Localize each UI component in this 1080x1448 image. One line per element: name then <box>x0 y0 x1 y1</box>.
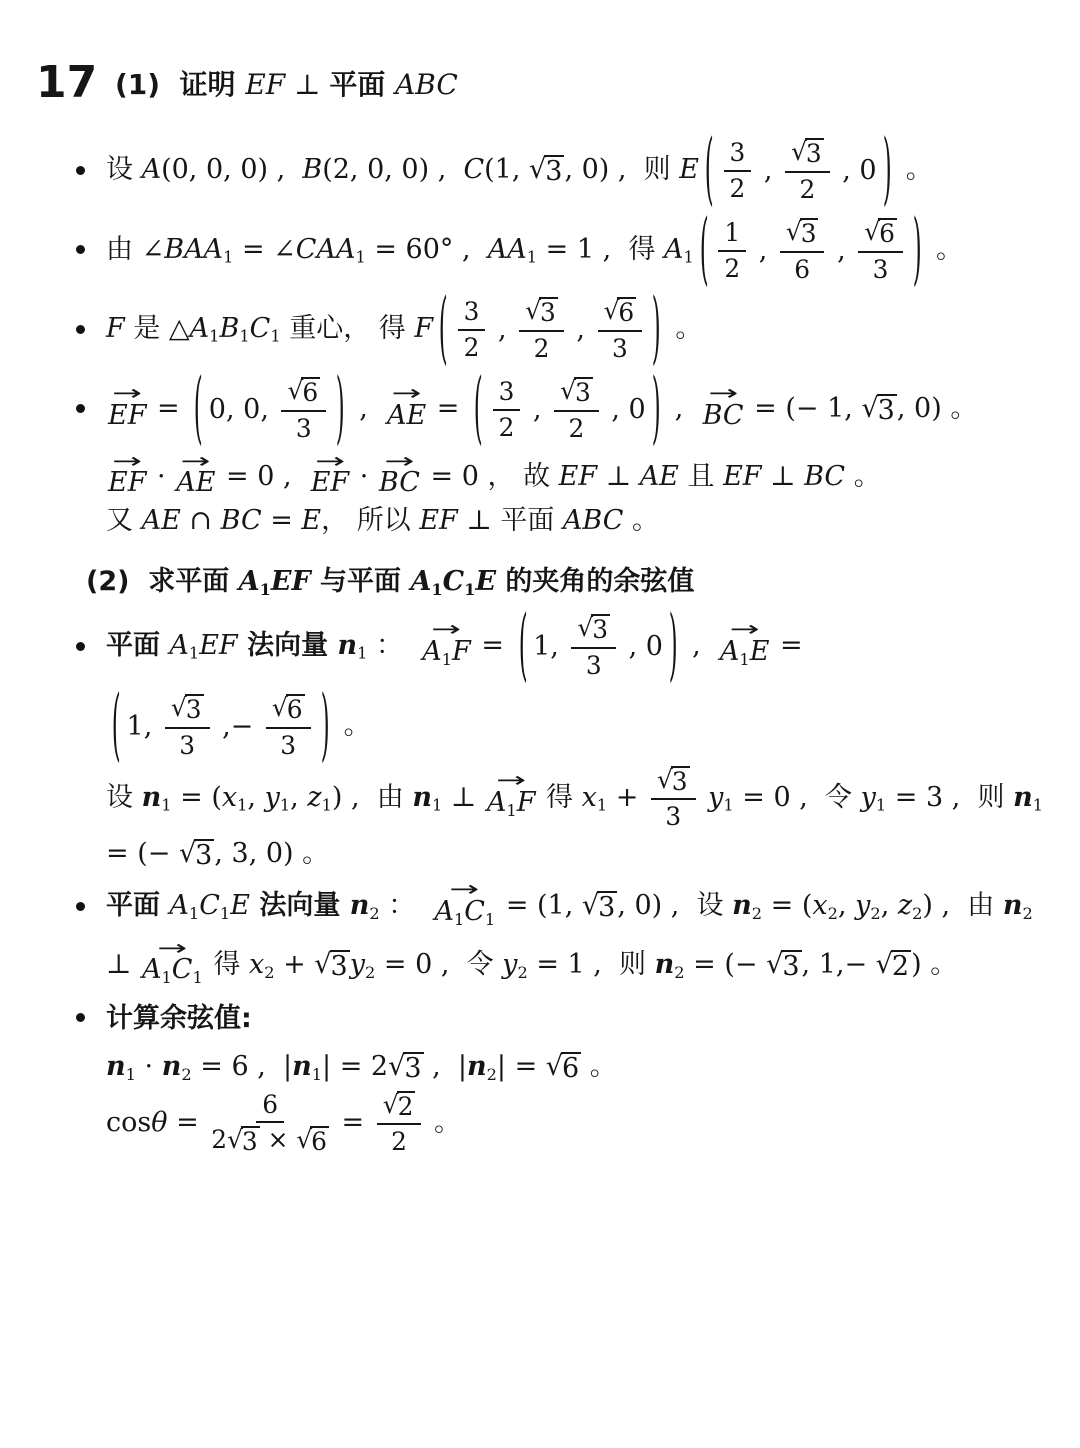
fraction-denominator: 3 <box>586 649 602 680</box>
sqrt-expression: √3 <box>560 377 593 407</box>
text-run: = ( <box>172 781 222 812</box>
text-run: 与平面 <box>311 566 411 597</box>
text-run: 设 <box>106 781 142 812</box>
text-run: 3 <box>575 378 591 407</box>
open-paren-icon: ( <box>110 687 122 765</box>
math-fraction: 62√3 × √6 <box>211 1090 329 1157</box>
open-paren-icon: ( <box>192 370 204 448</box>
paren-content: 32 , √32 , 0 <box>486 376 649 443</box>
text-run: 。 <box>667 313 703 344</box>
text-run: 6 <box>562 1053 579 1084</box>
vector-notation: →A1F <box>487 775 536 820</box>
text-run: y <box>502 949 517 980</box>
text-run: 1 <box>442 650 452 669</box>
text-run: 3 <box>873 255 889 284</box>
fraction-numerator: √6 <box>598 296 643 332</box>
sqrt-expression: √3 <box>577 614 610 644</box>
text-run: ,− <box>214 709 262 744</box>
bullet-dot-icon <box>76 902 85 911</box>
text-run: , <box>828 233 854 268</box>
sqrt-expression: √3 <box>388 1052 423 1084</box>
text-run: 3 <box>806 139 822 168</box>
math-fraction: 32 <box>458 297 486 362</box>
text-run: 3 <box>665 802 681 831</box>
sqrt-expression: √3 <box>227 1126 260 1156</box>
text-run: 3 <box>499 377 515 406</box>
vector-notation: →BC <box>703 388 744 431</box>
text-run: 1 <box>739 650 749 669</box>
vector-arrow-icon: → <box>413 884 516 896</box>
sqrt-radicand: 3 <box>241 1126 260 1156</box>
sqrt-expression: √6 <box>287 377 320 407</box>
open-paren-icon: ( <box>703 131 715 209</box>
text-run: 2 <box>724 254 740 283</box>
text-run: , 0) <box>897 393 942 424</box>
sqrt-radicand: 3 <box>539 297 558 327</box>
text-run: 1 <box>355 247 365 266</box>
math-fraction: √32 <box>519 296 564 363</box>
text-run: , 3, 0) <box>214 838 293 869</box>
fraction-numerator: √6 <box>858 217 903 253</box>
text-run: A <box>190 313 210 344</box>
bullet-item: →EF = (0, 0, √63) , →AE = (32 , √32 , 0)… <box>106 376 1042 443</box>
fraction-denominator: 3 <box>296 412 312 443</box>
text-run: EF <box>559 461 597 492</box>
text-run: B <box>219 313 239 344</box>
text-run: 6 <box>287 695 303 724</box>
text-run: 1 <box>357 644 367 663</box>
math-fraction: 32 <box>724 138 752 203</box>
text-run: 2 <box>211 1125 227 1154</box>
text-run: , <box>290 781 307 812</box>
text-run: A <box>664 234 684 265</box>
text-run: 令 <box>825 781 861 812</box>
sqrt-radicand: 3 <box>597 891 617 923</box>
text-run: 得 <box>628 234 664 265</box>
text-run: n <box>106 1051 126 1082</box>
vector-arrow-icon: → <box>405 624 488 636</box>
sqrt-radicand: 3 <box>194 839 214 871</box>
text-run: 。 <box>897 154 933 185</box>
text-run: 1 <box>192 968 202 987</box>
vector-notation: →EF <box>108 456 146 499</box>
fraction-denominator: 3 <box>179 729 195 760</box>
vector-notation: →EF <box>108 388 146 431</box>
text-run: , | <box>424 1051 467 1082</box>
math-fraction: 32 <box>493 377 521 442</box>
text-run: = 0 ， <box>422 461 523 492</box>
text-run: 1 <box>161 968 171 987</box>
text-run: 3 <box>598 892 615 923</box>
text-run: 2 <box>398 1092 414 1121</box>
text-run: 3 <box>672 767 688 796</box>
fraction-denominator: 2 <box>391 1125 407 1156</box>
text-run: 。 <box>942 393 978 424</box>
close-paren-icon: ) <box>650 291 662 369</box>
vector-notation: →AE <box>176 456 215 499</box>
math-fraction: √63 <box>281 376 326 443</box>
text-run: 由 <box>106 234 142 265</box>
sqrt-expression: √2 <box>383 1091 416 1121</box>
text-run: , 0) , <box>617 890 696 921</box>
fraction-numerator: √3 <box>519 296 564 332</box>
text-run: C <box>199 890 220 921</box>
text-run: y <box>265 781 280 812</box>
text-run: y <box>350 949 365 980</box>
fraction-denominator: 3 <box>873 253 889 284</box>
text-run: 3 <box>179 731 195 760</box>
text-run: (1, <box>484 154 529 185</box>
text-run: 3 <box>730 138 746 167</box>
continuation-line: ⊥ →A1C1 得 x2 + √3y2 = 0 , 令 y2 = 1 , 则 n… <box>106 943 1042 988</box>
fraction-numerator: 1 <box>718 218 746 252</box>
vector-notation: →EF <box>311 456 349 499</box>
text-run: n <box>1003 890 1023 921</box>
text-run: 3 <box>540 298 556 327</box>
fraction-denominator: 2 <box>799 173 815 204</box>
close-paren-icon: ) <box>334 370 346 448</box>
text-run: 1 <box>683 247 693 266</box>
text-run: ABC <box>395 68 458 101</box>
text-run: 6 <box>879 219 895 248</box>
text-run: (2, 0, 0) , <box>322 154 463 185</box>
text-run: 1 <box>239 327 249 346</box>
text-run: 平面 <box>106 630 169 661</box>
text-run: 1 <box>432 795 442 814</box>
fraction-numerator: √3 <box>785 137 830 173</box>
paren-content: 1, √33 , 0 <box>530 613 666 680</box>
sqrt-expression: √6 <box>864 218 897 248</box>
vector-notation: →A1C1 <box>142 943 203 988</box>
paren-content: 0, 0, √63 <box>206 376 333 443</box>
sqrt-expression: √6 <box>604 297 637 327</box>
text-run: 则 <box>644 154 680 185</box>
text-run: 1 <box>876 795 886 814</box>
text-run: 1 <box>223 247 233 266</box>
text-run: + <box>275 949 315 980</box>
text-run: 3 <box>545 156 562 187</box>
text-run: (0, 0, 0) , <box>161 154 302 185</box>
text-run: = (− <box>685 949 767 980</box>
text-run: 2 <box>181 1065 191 1084</box>
text-run: C <box>250 313 271 344</box>
text-run: 。 <box>335 710 371 741</box>
sqrt-expression: √6 <box>296 1126 329 1156</box>
sqrt-expression: √3 <box>314 950 349 982</box>
text-run: EF <box>199 630 237 661</box>
text-run: x <box>222 781 237 812</box>
text-run: 。 <box>425 1106 461 1137</box>
bullet-item: 平面 A1EF 法向量 n1 ： →A1F = (1, √33 , 0) , →… <box>106 613 1042 680</box>
text-run: = (− <box>106 838 179 869</box>
text-run: 1 <box>280 795 290 814</box>
text-run: z <box>898 890 912 921</box>
math-fraction: √32 <box>785 137 830 204</box>
paren-content: 32 , √32 , 0 <box>717 137 880 204</box>
text-run: 2 <box>828 904 838 923</box>
fraction-numerator: 6 <box>256 1090 284 1124</box>
text-run: 6 <box>262 1090 278 1119</box>
vector-arrow-icon: → <box>121 943 224 955</box>
text-run: 1 <box>1033 795 1043 814</box>
sqrt-radicand: 3 <box>330 950 350 982</box>
bullet-dot-icon <box>76 1013 85 1022</box>
sqrt-expression: √3 <box>657 766 690 796</box>
text-run: 令 <box>467 949 503 980</box>
text-run: 6 <box>311 1127 327 1156</box>
text-run: 且 <box>679 461 723 492</box>
continuation-line: 又 AE ∩ BC = E， 所以 EF ⊥ 平面 ABC 。 <box>106 503 1042 538</box>
text-run: 3 <box>586 651 602 680</box>
open-paren-icon: ( <box>472 370 484 448</box>
math-fraction: √33 <box>571 613 616 680</box>
fraction-numerator: √6 <box>281 376 326 412</box>
fraction-numerator: √3 <box>780 217 825 253</box>
text-run: | = <box>497 1051 546 1082</box>
text-run: F <box>106 313 125 344</box>
text-run: ) <box>911 949 922 980</box>
text-run: 1 <box>270 327 280 346</box>
text-run: y <box>861 781 876 812</box>
text-run: △ <box>169 313 190 344</box>
math-fraction: √33 <box>165 693 210 760</box>
sqrt-radicand: 6 <box>617 297 636 327</box>
text-run: 1 <box>312 1065 322 1084</box>
text-run: 法向量 <box>250 890 350 921</box>
open-paren-icon: ( <box>437 291 449 369</box>
text-run: EF <box>245 68 285 101</box>
fraction-numerator: 3 <box>493 377 521 411</box>
text-run: 3 <box>242 1127 258 1156</box>
text-run: , <box>524 392 550 427</box>
text-run: 。 <box>623 505 659 536</box>
text-run: E <box>475 566 496 597</box>
sqrt-radicand: 2 <box>397 1091 416 1121</box>
text-run: AE <box>142 505 181 536</box>
continuation-line: cosθ = 62√3 × √6 = √22 。 <box>106 1090 1042 1157</box>
text-run: BC <box>804 461 845 492</box>
bullet-dot-icon <box>76 642 85 651</box>
text-run: 。 <box>581 1051 617 1082</box>
open-paren-icon: ( <box>698 211 710 289</box>
sqrt-expression: √3 <box>179 839 214 871</box>
text-run: 2 <box>369 904 379 923</box>
document-content: 17 (1) 证明 EF ⊥ 平面 ABC设 A(0, 0, 0) , B(2,… <box>36 54 1042 1156</box>
problem-title: 17 (1) 证明 EF ⊥ 平面 ABC <box>36 54 1042 111</box>
bullet-item: 计算余弦值: <box>106 1001 1042 1036</box>
text-run: 2 <box>365 962 375 981</box>
text-run: 2 <box>487 1065 497 1084</box>
text-run: ⊥ <box>285 68 329 101</box>
fraction-denominator: 6 <box>794 253 810 284</box>
bullet-item: 设 A(0, 0, 0) , B(2, 0, 0) , C(1, √3, 0) … <box>106 137 1042 204</box>
text-run: 2 <box>1023 904 1033 923</box>
close-paren-icon: ) <box>911 211 923 289</box>
text-run: 1 <box>189 644 199 663</box>
text-run: 计算余弦值: <box>106 1003 252 1034</box>
math-fraction: √22 <box>377 1090 422 1157</box>
sqrt-radicand: 2 <box>891 950 911 982</box>
sqrt-radicand: 6 <box>561 1052 581 1084</box>
fraction-numerator: √2 <box>377 1090 422 1126</box>
text-run: , <box>838 890 855 921</box>
vector-arrow-icon: → <box>703 624 787 636</box>
fraction-numerator: √3 <box>651 765 696 801</box>
text-run: 3 <box>878 395 895 426</box>
text-run: E <box>230 890 250 921</box>
sqrt-radicand: 6 <box>301 377 320 407</box>
bullet-dot-icon <box>76 245 85 254</box>
text-run: × <box>260 1125 297 1154</box>
bullet-dot-icon <box>76 166 85 175</box>
fraction-denominator: 2 <box>730 172 746 203</box>
text-run: θ <box>151 1106 167 1137</box>
fraction-denominator: 2 <box>534 332 550 363</box>
text-run: , 1,− <box>802 949 876 980</box>
fraction-numerator: √6 <box>266 693 311 729</box>
sqrt-expression: √3 <box>786 218 819 248</box>
text-run: n <box>412 781 432 812</box>
text-run: 6 <box>302 378 318 407</box>
text-run: BAA <box>164 234 223 265</box>
text-run: 0, 0, <box>209 392 278 427</box>
text-run: 3 <box>404 1053 421 1084</box>
close-paren-icon: ) <box>319 687 331 765</box>
text-run: , <box>568 312 594 347</box>
text-run: 重心， 得 <box>281 313 415 344</box>
fraction-denominator: 2 <box>499 411 515 442</box>
text-run: 则 <box>977 781 1013 812</box>
big-parentheses: (1, √33 ,− √63) <box>109 693 332 760</box>
sqrt-radicand: 3 <box>671 766 690 796</box>
text-run: 的夹角的余弦值 <box>496 566 694 597</box>
sqrt-expression: √6 <box>272 694 305 724</box>
text-run: , <box>247 781 264 812</box>
text-run: 3 <box>186 695 202 724</box>
fraction-denominator: 2√3 × √6 <box>211 1123 329 1156</box>
big-parentheses: (32 , √32 , √63) <box>436 296 664 363</box>
vector-arrow-icon: → <box>297 456 362 468</box>
text-run: (1) 证明 <box>105 68 245 101</box>
text-run: 。 <box>927 234 963 265</box>
vector-arrow-icon: → <box>95 456 160 468</box>
text-run: 2 <box>534 334 550 363</box>
text-run: n <box>350 890 370 921</box>
text-run: 2 <box>870 904 880 923</box>
continuation-line: = (− √3, 3, 0) 。 <box>106 836 1042 871</box>
text-run: 设 <box>106 154 142 185</box>
text-run: 。 <box>294 838 330 869</box>
text-run: 1 <box>189 904 199 923</box>
sqrt-expression: √3 <box>529 155 564 187</box>
bullet-item: 由 ∠BAA1 = ∠CAA1 = 60° , AA1 = 1 , 得 A1(1… <box>106 217 1042 284</box>
text-run: = <box>262 505 302 536</box>
continuation-line: (1, √33 ,− √63) 。 <box>106 693 1042 760</box>
fraction-denominator: 2 <box>464 331 480 362</box>
text-run: = 1 , <box>537 234 628 265</box>
vector-notation: →AE <box>387 388 426 431</box>
sqrt-radicand: 3 <box>805 138 824 168</box>
bullet-dot-icon <box>76 404 85 413</box>
text-run: 1 <box>220 904 230 923</box>
text-run: 是 <box>125 313 169 344</box>
text-run: 1, <box>533 629 567 664</box>
text-run: ⊥ <box>458 505 501 536</box>
text-run: EF <box>723 461 761 492</box>
text-run: 2 <box>391 1127 407 1156</box>
sqrt-radicand: 6 <box>310 1126 329 1156</box>
text-run: 1 <box>431 580 442 599</box>
text-run: 3 <box>331 951 348 982</box>
text-run: 2 <box>752 904 762 923</box>
text-run: 3 <box>801 219 817 248</box>
text-run: = ( <box>762 890 812 921</box>
text-run: 1 <box>454 910 464 929</box>
text-run: ) , <box>922 890 967 921</box>
text-run: , 0 <box>620 629 663 664</box>
sqrt-expression: √3 <box>766 950 801 982</box>
text-run: 3 <box>592 615 608 644</box>
text-run: 2 <box>674 962 684 981</box>
fraction-numerator: 3 <box>724 138 752 172</box>
sqrt-radicand: 3 <box>800 218 819 248</box>
text-run: 2 <box>799 175 815 204</box>
text-run: = <box>333 1106 373 1137</box>
text-run: n <box>467 1051 487 1082</box>
fraction-denominator: 3 <box>612 332 628 363</box>
bullet-dot-icon <box>76 325 85 334</box>
text-run: ABC <box>563 505 624 536</box>
text-run: ， 所以 <box>321 505 419 536</box>
text-run: = 0 , <box>375 949 466 980</box>
text-run: 2 <box>892 951 909 982</box>
fraction-numerator: √3 <box>554 376 599 412</box>
text-run: , <box>881 890 898 921</box>
sqrt-expression: √2 <box>876 950 911 982</box>
text-run: cos <box>106 1106 151 1137</box>
text-run: 3 <box>280 731 296 760</box>
sqrt-expression: √3 <box>861 394 896 426</box>
close-paren-icon: ) <box>667 607 679 685</box>
paren-content: 32 , √32 , √63 <box>451 296 650 363</box>
text-run: C <box>463 154 484 185</box>
text-run: = ∠ <box>233 234 295 265</box>
text-run: 平面 <box>500 505 563 536</box>
vector-notation: →A1F <box>422 624 471 669</box>
text-run: 1 <box>260 580 271 599</box>
text-run: 平面 <box>106 890 169 921</box>
sqrt-expression: √6 <box>546 1052 581 1084</box>
vector-arrow-icon: → <box>470 775 553 787</box>
text-run: CAA <box>296 234 356 265</box>
text-run: 1 <box>237 795 247 814</box>
text-run: 由 <box>967 890 1003 921</box>
text-run: ⊥ <box>597 461 640 492</box>
fraction-denominator: 2 <box>569 412 585 443</box>
big-parentheses: (32 , √32 , 0) <box>702 137 894 204</box>
text-run: 1 <box>209 327 219 346</box>
text-run: | = 2 <box>322 1051 388 1082</box>
text-run: = (− 1, <box>746 393 862 424</box>
text-run: 1 <box>527 247 537 266</box>
text-run: , 0) , <box>564 154 643 185</box>
vector-notation: →A1E <box>720 624 770 669</box>
math-fraction: √63 <box>598 296 643 363</box>
text-run: y <box>700 781 724 812</box>
text-run: 6 <box>794 255 810 284</box>
math-fraction: √63 <box>266 693 311 760</box>
text-run: 3 <box>464 297 480 326</box>
